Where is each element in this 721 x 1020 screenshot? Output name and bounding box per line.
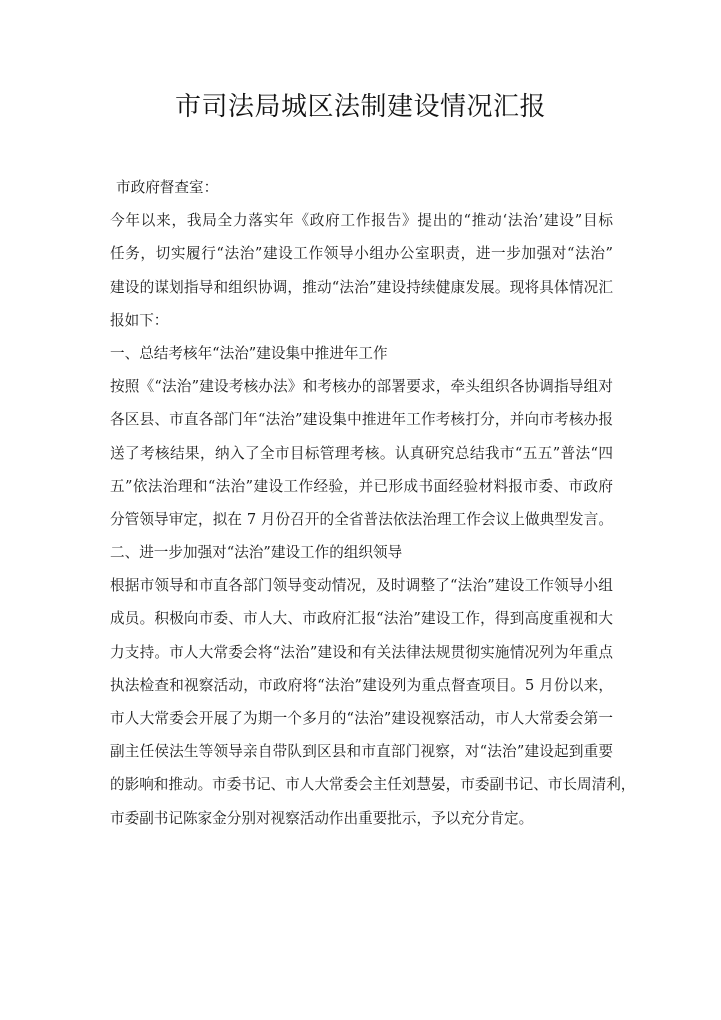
paragraph-line: 市委副书记陈家金分别对视察活动作出重要批示，予以充分肯定。 xyxy=(110,802,613,835)
paragraph-line: 任务，切实履行“法治”建设工作领导小组办公室职责，进一步加强对“法治” xyxy=(110,237,613,270)
paragraph-line: 建设的谋划指导和组织协调，推动“法治”建设持续健康发展。现将具体情况汇 xyxy=(110,271,613,304)
section-heading-2: 二、进一步加强对“法治”建设工作的组织领导 xyxy=(110,536,613,569)
paragraph-line: 报如下： xyxy=(110,304,613,337)
paragraph-line: 根据市领导和市直各部门领导变动情况，及时调整了“法治”建设工作领导小组 xyxy=(110,569,613,602)
document-title: 市司法局城区法制建设情况汇报 xyxy=(0,86,721,123)
paragraph-line: 成员。积极向市委、市人大、市政府汇报“法治”建设工作，得到高度重视和大 xyxy=(110,602,613,635)
paragraph-line: 今年以来，我局全力落实年《政府工作报告》提出的“推动‘法治’建设”目标 xyxy=(110,204,613,237)
paragraph-line: 力支持。市人大常委会将“法治”建设和有关法律法规贯彻实施情况列为年重点 xyxy=(110,636,613,669)
paragraph-line: 市人大常委会开展了为期一个多月的“法治”建设视察活动，市人大常委会第一 xyxy=(110,702,613,735)
document-body: 市政府督查室： 今年以来，我局全力落实年《政府工作报告》提出的“推动‘法治’建设… xyxy=(110,171,613,835)
paragraph-line: 分管领导审定，拟在 7 月份召开的全省普法依法治理工作会议上做典型发言。 xyxy=(110,503,613,536)
paragraph-line: 按照《“法治”建设考核办法》和考核办的部署要求，牵头组织各协调指导组对 xyxy=(110,370,613,403)
document-page: 市司法局城区法制建设情况汇报 市政府督查室： 今年以来，我局全力落实年《政府工作… xyxy=(0,0,721,1020)
paragraph-line: 送了考核结果，纳入了全市目标管理考核。认真研究总结我市“五五”普法“四 xyxy=(110,437,613,470)
salutation: 市政府督查室： xyxy=(110,171,613,204)
paragraph-line: 执法检查和视察活动，市政府将“法治”建设列为重点督查项目。5 月份以来， xyxy=(110,669,613,702)
paragraph-line: 副主任侯法生等领导亲自带队到区县和市直部门视察，对“法治”建设起到重要 xyxy=(110,735,613,768)
section-heading-1: 一、总结考核年“法治”建设集中推进年工作 xyxy=(110,337,613,370)
paragraph-line: 五”依法治理和“法治”建设工作经验，并已形成书面经验材料报市委、市政府 xyxy=(110,470,613,503)
paragraph-line: 各区县、市直各部门年“法治”建设集中推进年工作考核打分，并向市考核办报 xyxy=(110,403,613,436)
paragraph-line: 的影响和推动。市委书记、市人大常委会主任刘慧晏，市委副书记、市长周清利， xyxy=(110,768,613,801)
